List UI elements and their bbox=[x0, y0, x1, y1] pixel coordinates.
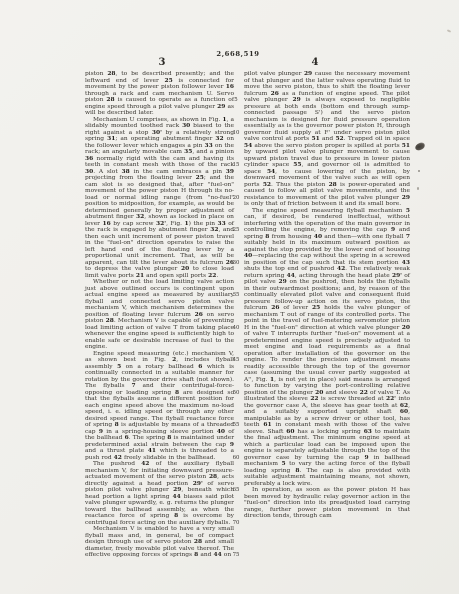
line-number: 60 bbox=[229, 455, 243, 461]
right-column-text: pilot valve plunger 29 cause the necessa… bbox=[244, 71, 410, 520]
paragraph: Whether or not the load limiting valve a… bbox=[85, 279, 234, 351]
ink-smudge-artifact bbox=[414, 142, 426, 152]
line-number: 45 bbox=[229, 357, 243, 363]
gutter-line-numbers: 51015202530354045505560657075 bbox=[229, 71, 243, 571]
paragraph: pilot valve plunger 29 cause the necessa… bbox=[244, 71, 410, 208]
paragraph: The engine speed measuring flyball mecha… bbox=[244, 208, 410, 488]
line-number: 30 bbox=[229, 260, 243, 266]
line-number: 10 bbox=[229, 130, 243, 136]
scan-speck bbox=[417, 187, 419, 190]
patent-scan-page: { "page": { "patent_number": "2,668,519"… bbox=[0, 0, 459, 594]
line-number: 15 bbox=[229, 162, 243, 168]
paragraph: piston 28, to be described presently; an… bbox=[85, 71, 234, 117]
line-number: 70 bbox=[229, 520, 243, 526]
line-number: 40 bbox=[229, 325, 243, 331]
line-number: 25 bbox=[229, 227, 243, 233]
left-column-text: piston 28, to be described presently; an… bbox=[85, 71, 234, 559]
paragraph: Mechanism U comprises, as shown in Fig. … bbox=[85, 117, 234, 280]
paragraph: The pushrod 42 of the auxiliary flyball … bbox=[85, 461, 234, 526]
line-number: 65 bbox=[229, 487, 243, 493]
line-number: 35 bbox=[229, 292, 243, 298]
paragraph: Mechanism V is enabled to have a very sm… bbox=[85, 526, 234, 559]
line-number: 5 bbox=[229, 97, 243, 103]
page-number-left: 3 bbox=[140, 57, 184, 68]
line-number: 55 bbox=[229, 422, 243, 428]
line-number: 75 bbox=[229, 552, 243, 558]
scan-speck bbox=[447, 29, 451, 33]
scan-speck bbox=[418, 170, 420, 172]
page-number-right: 4 bbox=[293, 57, 337, 68]
paragraph: In operation, as soon as the power pisto… bbox=[244, 487, 410, 520]
line-number: 20 bbox=[229, 195, 243, 201]
patent-number: 2,668,519 bbox=[0, 50, 459, 58]
paragraph: Engine speed measuring (etc.) mechanism … bbox=[85, 351, 234, 462]
line-number: 50 bbox=[229, 390, 243, 396]
